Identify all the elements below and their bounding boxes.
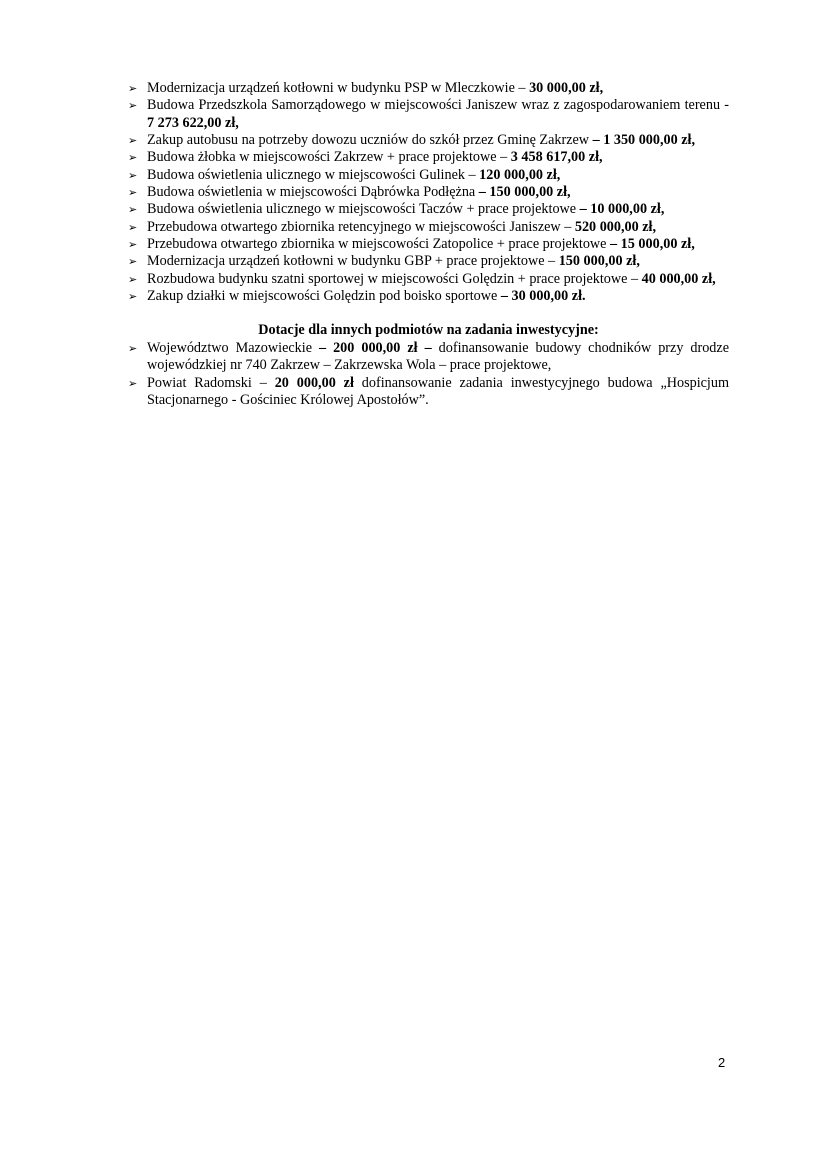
grants-list: ➢Województwo Mazowieckie – 200 000,00 zł… xyxy=(128,340,729,409)
arrow-bullet-icon: ➢ xyxy=(128,271,142,288)
arrow-bullet-icon: ➢ xyxy=(128,132,142,149)
list-item: ➢Rozbudowa budynku szatni sportowej w mi… xyxy=(128,271,729,288)
arrow-bullet-icon: ➢ xyxy=(128,149,142,166)
list-item: ➢Budowa Przedszkola Samorządowego w miej… xyxy=(128,97,729,132)
grants-heading: Dotacje dla innych podmiotów na zadania … xyxy=(128,322,729,339)
arrow-bullet-icon: ➢ xyxy=(128,375,142,392)
arrow-bullet-icon: ➢ xyxy=(128,236,142,253)
investment-list: ➢Modernizacja urządzeń kotłowni w budynk… xyxy=(128,80,729,305)
page-number: 2 xyxy=(718,1055,725,1070)
list-item: ➢Budowa żłobka w miejscowości Zakrzew + … xyxy=(128,149,729,166)
document-page: ➢Modernizacja urządzeń kotłowni w budynk… xyxy=(128,80,729,409)
arrow-bullet-icon: ➢ xyxy=(128,97,142,114)
list-item: ➢Budowa oświetlenia ulicznego w miejscow… xyxy=(128,167,729,184)
list-item: ➢Modernizacja urządzeń kotłowni w budynk… xyxy=(128,80,729,97)
list-item: ➢Budowa oświetlenia w miejscowości Dąbró… xyxy=(128,184,729,201)
list-item: ➢Modernizacja urządzeń kotłowni w budynk… xyxy=(128,253,729,270)
arrow-bullet-icon: ➢ xyxy=(128,184,142,201)
arrow-bullet-icon: ➢ xyxy=(128,288,142,305)
arrow-bullet-icon: ➢ xyxy=(128,253,142,270)
list-item: ➢Województwo Mazowieckie – 200 000,00 zł… xyxy=(128,340,729,375)
list-item: ➢Powiat Radomski – 20 000,00 zł dofinans… xyxy=(128,375,729,410)
arrow-bullet-icon: ➢ xyxy=(128,219,142,236)
list-item: ➢Przebudowa otwartego zbiornika w miejsc… xyxy=(128,236,729,253)
list-item: ➢Przebudowa otwartego zbiornika retencyj… xyxy=(128,219,729,236)
arrow-bullet-icon: ➢ xyxy=(128,201,142,218)
list-item: ➢Zakup autobusu na potrzeby dowozu uczni… xyxy=(128,132,729,149)
arrow-bullet-icon: ➢ xyxy=(128,340,142,357)
list-item: ➢Zakup działki w miejscowości Golędzin p… xyxy=(128,288,729,305)
arrow-bullet-icon: ➢ xyxy=(128,167,142,184)
list-item: ➢Budowa oświetlenia ulicznego w miejscow… xyxy=(128,201,729,218)
arrow-bullet-icon: ➢ xyxy=(128,80,142,97)
